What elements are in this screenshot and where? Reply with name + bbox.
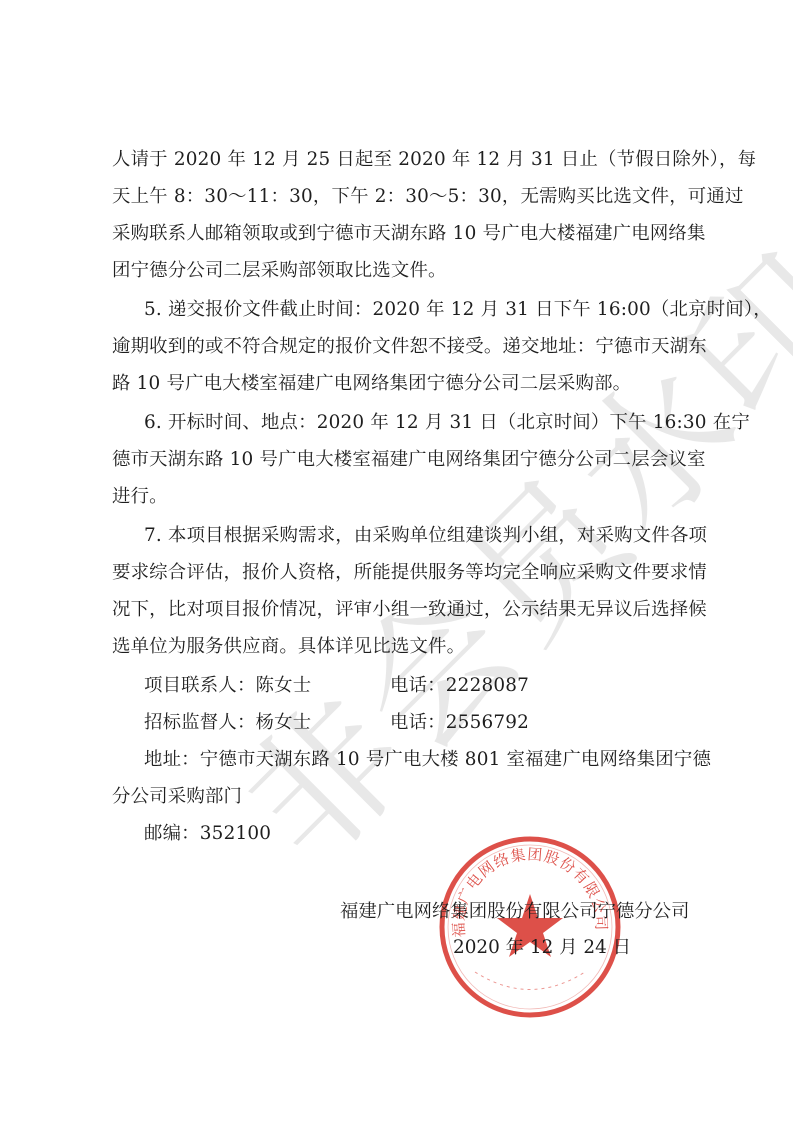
p5-line-3: 路 10 号广电大楼室福建广电网络集团宁德分公司二层采购部。 — [112, 372, 692, 396]
p6-line-1: 6. 开标时间、地点：2020 年 12 月 31 日（北京时间）下午 16:3… — [144, 411, 692, 435]
p4-line-2: 天上午 8：30～11：30，下午 2：30～5：30，无需购买比选文件，可通过 — [112, 185, 692, 209]
address-line-2: 分公司采购部门 — [112, 785, 692, 809]
p4-line-3: 采购联系人邮箱领取或到宁德市天湖东路 10 号广电大楼福建广电网络集 — [112, 222, 692, 246]
postcode: 邮编：352100 — [144, 822, 724, 846]
supervisor-contact-phone: 电话：2556792 — [390, 711, 529, 735]
signature-date: 2020 年 12 月 24 日 — [453, 936, 631, 960]
p4-line-4: 团宁德分公司二层采购部领取比选文件。 — [112, 259, 692, 283]
p7-line-3: 况下，比对项目报价情况，评审小组一致通过，公示结果无异议后选择候 — [112, 598, 692, 622]
supervisor-contact: 招标监督人：杨女士 — [144, 712, 311, 733]
project-contact: 项目联系人：陈女士 — [144, 675, 311, 696]
p7-line-1: 7. 本项目根据采购需求，由采购单位组建谈判小组，对采购文件各项 — [144, 524, 692, 548]
p6-line-2: 德市天湖东路 10 号广电大楼室福建广电网络集团宁德分公司二层会议室 — [112, 448, 692, 472]
project-contact-phone: 电话：2228087 — [390, 674, 529, 698]
p6-line-3: 进行。 — [112, 485, 692, 509]
address-line-1: 地址：宁德市天湖东路 10 号广电大楼 801 室福建广电网络集团宁德 — [144, 748, 692, 772]
signature-company: 福建广电网络集团股份有限公司宁德分公司 — [340, 900, 689, 924]
contact-row-2: 招标监督人：杨女士 电话：2556792 — [144, 711, 724, 735]
p7-line-2: 要求综合评估，报价人资格，所能提供服务等均完全响应采购文件要求情 — [112, 561, 692, 585]
document-page: 非会员水印 福建广电网络集团股份有限公司宁德分公司 人请于 2020 年 12 … — [0, 0, 793, 1121]
official-seal: 福建广电网络集团股份有限公司宁德分公司 — [435, 832, 625, 1022]
p5-line-1: 5. 递交报价文件截止时间：2020 年 12 月 31 日下午 16:00（北… — [144, 298, 692, 322]
p4-line-1: 人请于 2020 年 12 月 25 日起至 2020 年 12 月 31 日止… — [112, 148, 692, 172]
p5-line-2: 逾期收到的或不符合规定的报价文件恕不接受。递交地址：宁德市天湖东 — [112, 335, 692, 359]
contact-row-1: 项目联系人：陈女士 电话：2228087 — [144, 674, 724, 698]
p7-line-4: 选单位为服务供应商。具体详见比选文件。 — [112, 635, 692, 659]
